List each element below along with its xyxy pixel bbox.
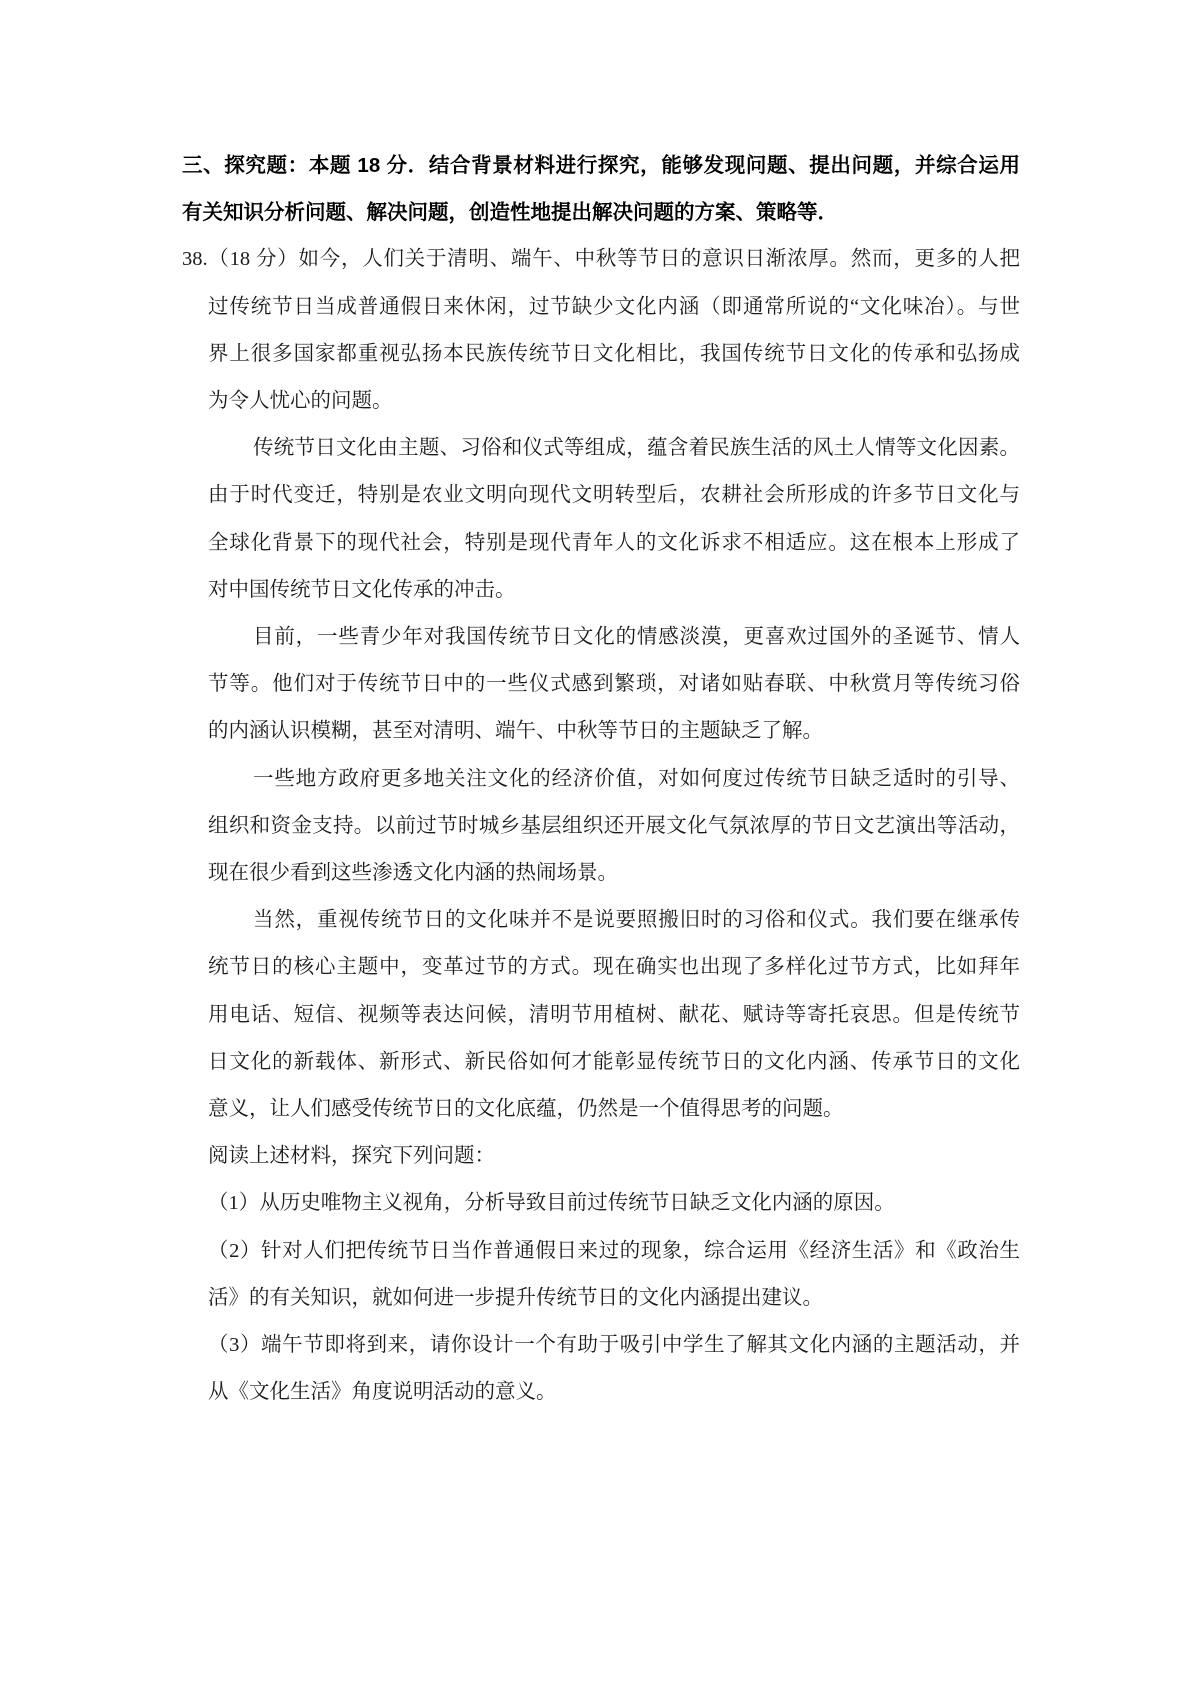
- document-page: 三、探究题：本题 18 分．结合背景材料进行探究，能够发现问题、提出问题，并综合…: [0, 0, 1200, 1698]
- text-line: 的内涵认识模糊，甚至对清明、端午、中秋等节日的主题缺乏了解。: [208, 708, 1020, 755]
- text-line: 现在很少看到这些渗透文化内涵的热闹场景。: [208, 850, 1020, 897]
- text-line: 目前，一些青少年对我国传统节日文化的情感淡漠，更喜欢过国外的圣诞节、情人: [253, 614, 1020, 661]
- sub-question-2-line: （2）针对人们把传统节日当作普通假日来过的现象，综合运用《经济生活》和《政治生: [208, 1228, 1020, 1275]
- text-line: 为令人忧心的问题。: [208, 378, 1020, 425]
- text-line: 全球化背景下的现代社会，特别是现代青年人的文化诉求不相适应。这在根本上形成了: [208, 520, 1020, 567]
- section-heading-line: 有关知识分析问题、解决问题，创造性地提出解决问题的方案、策略等．: [182, 189, 1020, 236]
- text-line: 节等。他们对于传统节日中的一些仪式感到繁琐，对诸如贴春联、中秋赏月等传统习俗: [208, 661, 1020, 708]
- section-heading-line: 三、探究题：本题 18 分．结合背景材料进行探究，能够发现问题、提出问题，并综合…: [182, 142, 1020, 189]
- text-line: 日文化的新载体、新形式、新民俗如何才能彰显传统节日的文化内涵、传承节日的文化: [208, 1039, 1020, 1086]
- question-number-line: 38.（18 分）如今，人们关于清明、端午、中秋等节日的意识日渐浓厚。然而，更多…: [182, 236, 1020, 283]
- text-line: 组织和资金支持。以前过节时城乡基层组织还开展文化气氛浓厚的节日文艺演出等活动，: [208, 803, 1020, 850]
- text-line: 统节日的核心主题中，变革过节的方式。现在确实也出现了多样化过节方式，比如拜年: [208, 944, 1020, 991]
- text-line: 传统节日文化由主题、习俗和仪式等组成，蕴含着民族生活的风土人情等文化因素。: [253, 425, 1020, 472]
- text-line: 意义，让人们感受传统节日的文化底蕴，仍然是一个值得思考的问题。: [208, 1086, 1020, 1133]
- text-line: 界上很多国家都重视弘扬本民族传统节日文化相比，我国传统节日文化的传承和弘扬成: [208, 331, 1020, 378]
- text-line: 一些地方政府更多地关注文化的经济价值，对如何度过传统节日缺乏适时的引导、: [253, 756, 1020, 803]
- text-line: 由于时代变迁，特别是农业文明向现代文明转型后，农耕社会所形成的许多节日文化与: [208, 472, 1020, 519]
- read-material-prompt-line: 阅读上述材料，探究下列问题：: [208, 1133, 1020, 1180]
- sub-question-3-line: （3）端午节即将到来，请你设计一个有助于吸引中学生了解其文化内涵的主题活动，并: [208, 1322, 1020, 1369]
- sub-question-2-line: 活》的有关知识，就如何进一步提升传统节日的文化内涵提出建议。: [208, 1275, 1020, 1322]
- sub-question-1-line: （1）从历史唯物主义视角，分析导致目前过传统节日缺乏文化内涵的原因。: [208, 1180, 1020, 1227]
- text-line: 当然，重视传统节日的文化味并不是说要照搬旧时的习俗和仪式。我们要在继承传: [253, 897, 1020, 944]
- text-line: 过传统节日当成普通假日来休闲，过节缺少文化内涵（即通常所说的“文化味冶）。与世: [208, 284, 1020, 331]
- text-line: 用电话、短信、视频等表达问候，清明节用植树、献花、赋诗等寄托哀思。但是传统节: [208, 992, 1020, 1039]
- text-line: 对中国传统节日文化传承的冲击。: [208, 567, 1020, 614]
- sub-question-3-line: 从《文化生活》角度说明活动的意义。: [208, 1369, 1020, 1416]
